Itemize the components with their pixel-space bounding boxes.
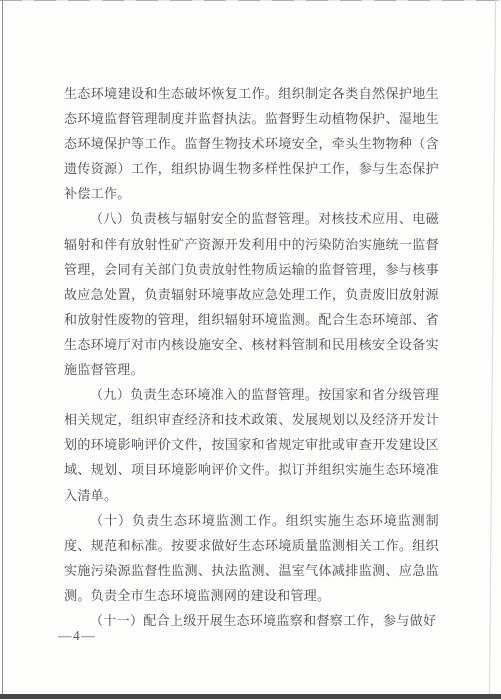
scan-bottom-bar (0, 694, 501, 699)
page-number: —4— (58, 628, 96, 644)
paragraph-clause-8: （八）负责核与辐射安全的监督管理。对核技术应用、电磁辐射和伴有放射性矿产资源开发… (64, 206, 439, 382)
paragraph-continuation: 生态环境建设和生态破坏恢复工作。组织制定各类自然保护地生态环境监督管理制度并监督… (64, 81, 439, 206)
scan-right-edge-line (489, 0, 496, 694)
scan-left-edge-line (2, 0, 3, 694)
paragraph-clause-11: （十一）配合上级开展生态环境监察和督察工作，参与做好 (64, 608, 439, 633)
scan-top-edge-line (0, 0, 501, 1)
paragraph-clause-10: （十）负责生态环境监测工作。组织实施生态环境监测制度、规范和标准。按要求做好生态… (64, 508, 439, 608)
document-page: 生态环境建设和生态破坏恢复工作。组织制定各类自然保护地生态环境监督管理制度并监督… (0, 0, 501, 700)
document-body-text: 生态环境建设和生态破坏恢复工作。组织制定各类自然保护地生态环境监督管理制度并监督… (64, 81, 439, 633)
paragraph-clause-9: （九）负责生态环境准入的监督管理。按国家和省分级管理相关规定，组织审查经济和技术… (64, 382, 439, 507)
